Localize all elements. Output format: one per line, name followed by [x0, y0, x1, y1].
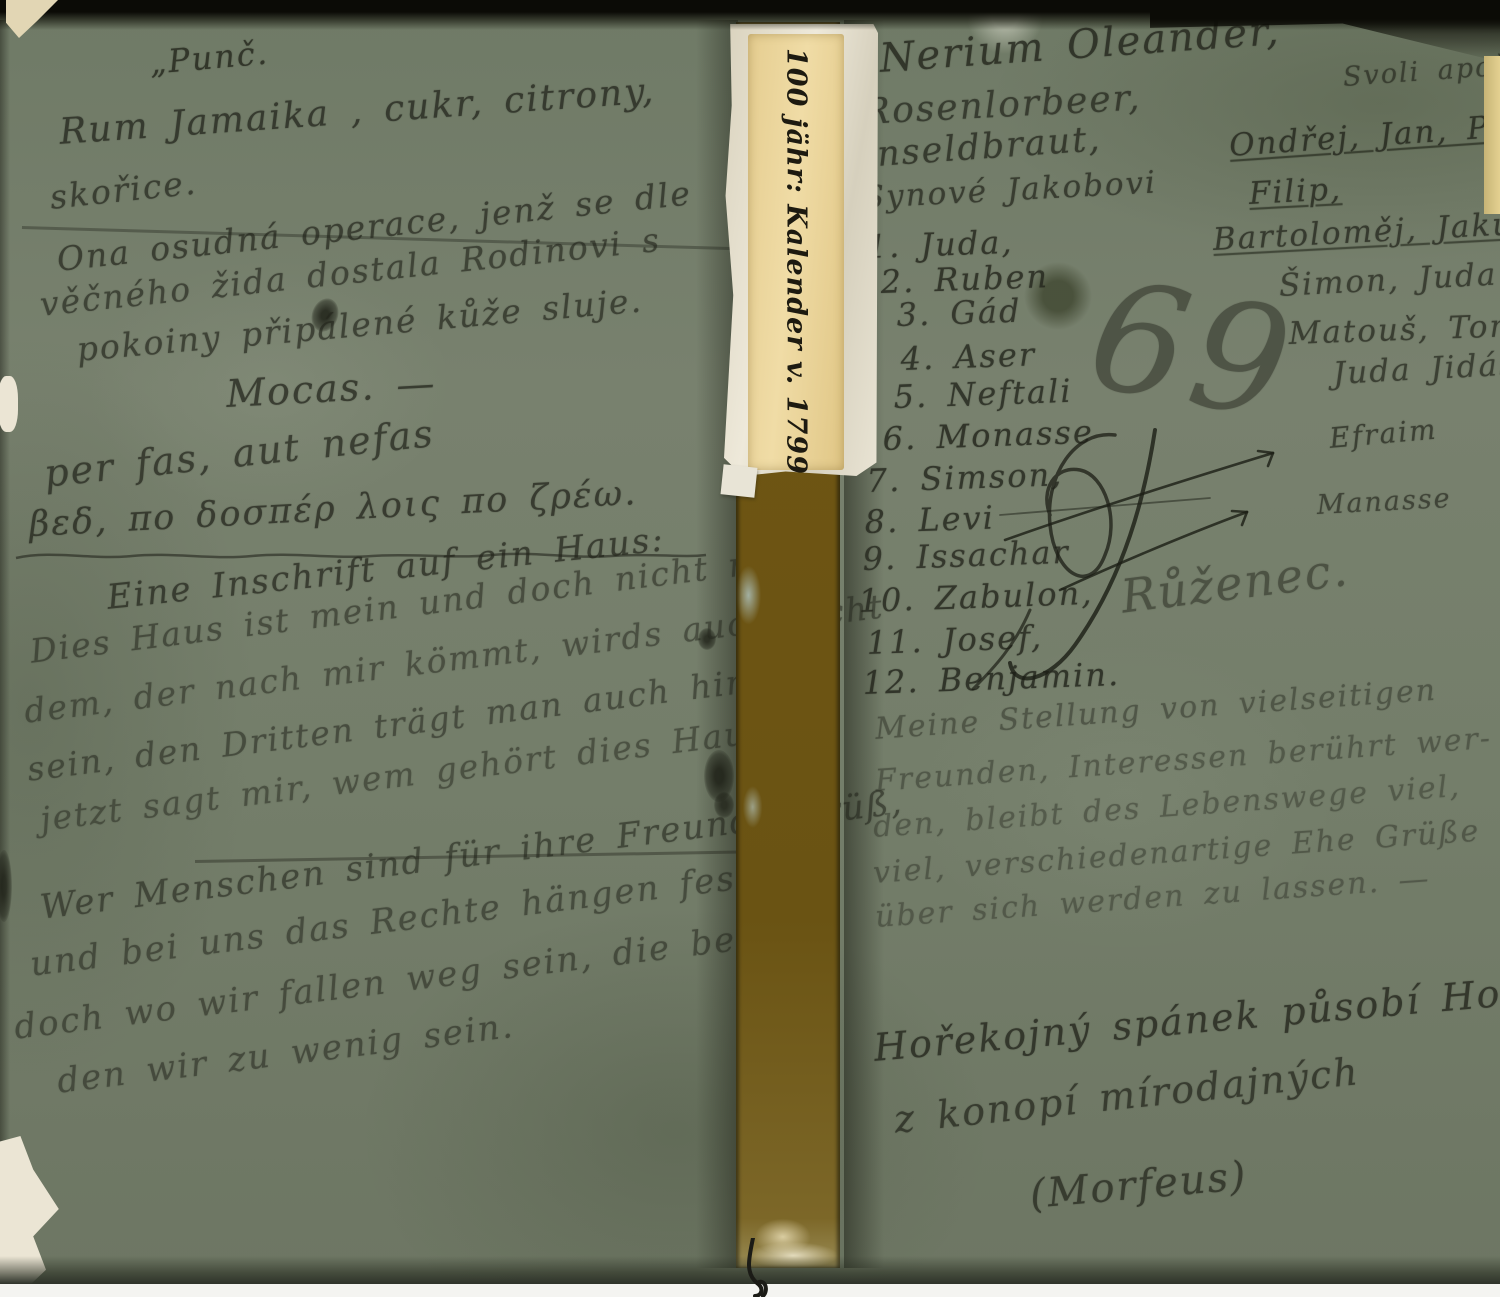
- binding-thread: [735, 1238, 795, 1297]
- jacob-son-item: 4. Aser: [900, 335, 1037, 378]
- apostle-names-line: Ondřej, Jan, Petr,: [1228, 106, 1500, 164]
- manuscript-line: skořice.: [48, 163, 199, 217]
- apostle-names-line: Filip,: [1248, 171, 1343, 212]
- page-fore-edge: [1484, 56, 1500, 214]
- manuscript-scan: „Punč. Rum Jamaika , cukr, citrony, skoř…: [0, 0, 1500, 1297]
- manuscript-line: Rum Jamaika , cukr, citrony,: [58, 70, 656, 153]
- bottom-note-line: z konopí mírodajných: [892, 1049, 1362, 1142]
- cover-left-edge: [0, 20, 10, 1260]
- jacob-son-item: 3. Gád: [896, 292, 1022, 334]
- bottom-note-line: Hořekojný spánek působí Hotona: [872, 963, 1500, 1070]
- worn-edge-patch: [0, 376, 18, 432]
- apostles-heading: Svoli apoš: [1342, 50, 1500, 93]
- spine-label: 100 jähr: Kalender v. 1799: [748, 34, 844, 470]
- tape-fragment: [721, 464, 758, 497]
- left-page-title: „Punč.: [148, 34, 270, 82]
- arrow-label: Manasse: [1316, 483, 1452, 521]
- apostle-names-line: Šimon, Juda: [1278, 257, 1498, 304]
- latin-motto: per fas, aut nefas: [42, 411, 437, 496]
- apostle-names-line: Bartoloměj, Jakub,: [1212, 204, 1500, 257]
- apostle-names-line: Matouš, Tomáš,: [1288, 306, 1500, 352]
- morpheus-note: (Morfeus): [1028, 1153, 1249, 1218]
- open-notebook: „Punč. Rum Jamaika , cukr, citrony, skoř…: [0, 0, 1500, 1286]
- apostle-names-line: Juda Jidáš: [1332, 346, 1500, 392]
- manuscript-line: Mocas. —: [225, 361, 437, 416]
- spine-label-text: 100 jähr: Kalender v. 1799: [781, 48, 812, 475]
